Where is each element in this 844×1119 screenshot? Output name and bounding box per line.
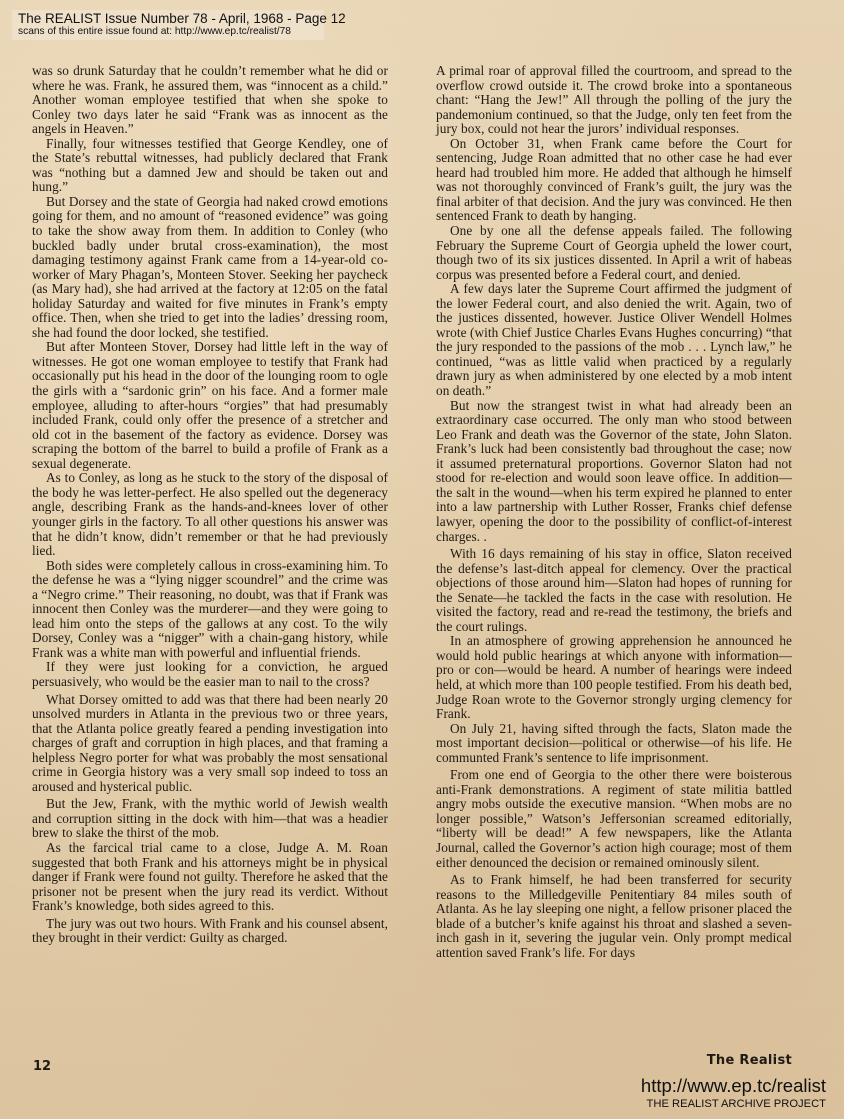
paragraph: If they were just looking for a convicti…	[32, 660, 388, 689]
paragraph: One by one all the defense appeals faile…	[436, 224, 792, 282]
issue-title: The REALIST Issue Number 78 - April, 196…	[18, 12, 320, 26]
paragraph: Both sides were completely callous in cr…	[32, 559, 388, 661]
paragraph: But after Monteen Stover, Dorsey had lit…	[32, 340, 388, 471]
left-column: was so drunk Saturday that he couldn’t r…	[32, 64, 388, 946]
paragraph: A few days later the Supreme Court affir…	[436, 282, 792, 398]
paragraph: What Dorsey omitted to add was that ther…	[32, 693, 388, 795]
paragraph: With 16 days remaining of his stay in of…	[436, 547, 792, 634]
paragraph: As the farcical trial came to a close, J…	[32, 841, 388, 914]
archive-url: http://www.ep.tc/realist	[641, 1075, 826, 1097]
paragraph: In an atmosphere of growing apprehension…	[436, 634, 792, 721]
issue-source-note: scans of this entire issue found at: htt…	[18, 26, 320, 38]
paragraph: Finally, four witnesses testified that G…	[32, 137, 388, 195]
paragraph: As to Conley, as long as he stuck to the…	[32, 471, 388, 558]
archive-project-name: THE REALIST ARCHIVE PROJECT	[647, 1098, 826, 1110]
paragraph: On July 21, having sifted through the fa…	[436, 722, 792, 766]
paragraph: As to Frank himself, he had been transfe…	[436, 873, 792, 960]
right-column: A primal roar of approval filled the cou…	[436, 64, 792, 960]
paragraph: But now the strangest twist in what had …	[436, 399, 792, 544]
page-number: 12	[33, 1059, 51, 1074]
paragraph: The jury was out two hours. With Frank a…	[32, 917, 388, 946]
paragraph: From one end of Georgia to the other the…	[436, 768, 792, 870]
paragraph: A primal roar of approval filled the cou…	[436, 64, 792, 137]
magazine-name: The Realist	[707, 1053, 792, 1068]
paragraph: On October 31, when Frank came before th…	[436, 137, 792, 224]
paragraph: But Dorsey and the state of Georgia had …	[32, 195, 388, 340]
paragraph: was so drunk Saturday that he couldn’t r…	[32, 64, 388, 137]
scan-header-box: The REALIST Issue Number 78 - April, 196…	[12, 10, 324, 40]
paragraph: But the Jew, Frank, with the mythic worl…	[32, 797, 388, 841]
